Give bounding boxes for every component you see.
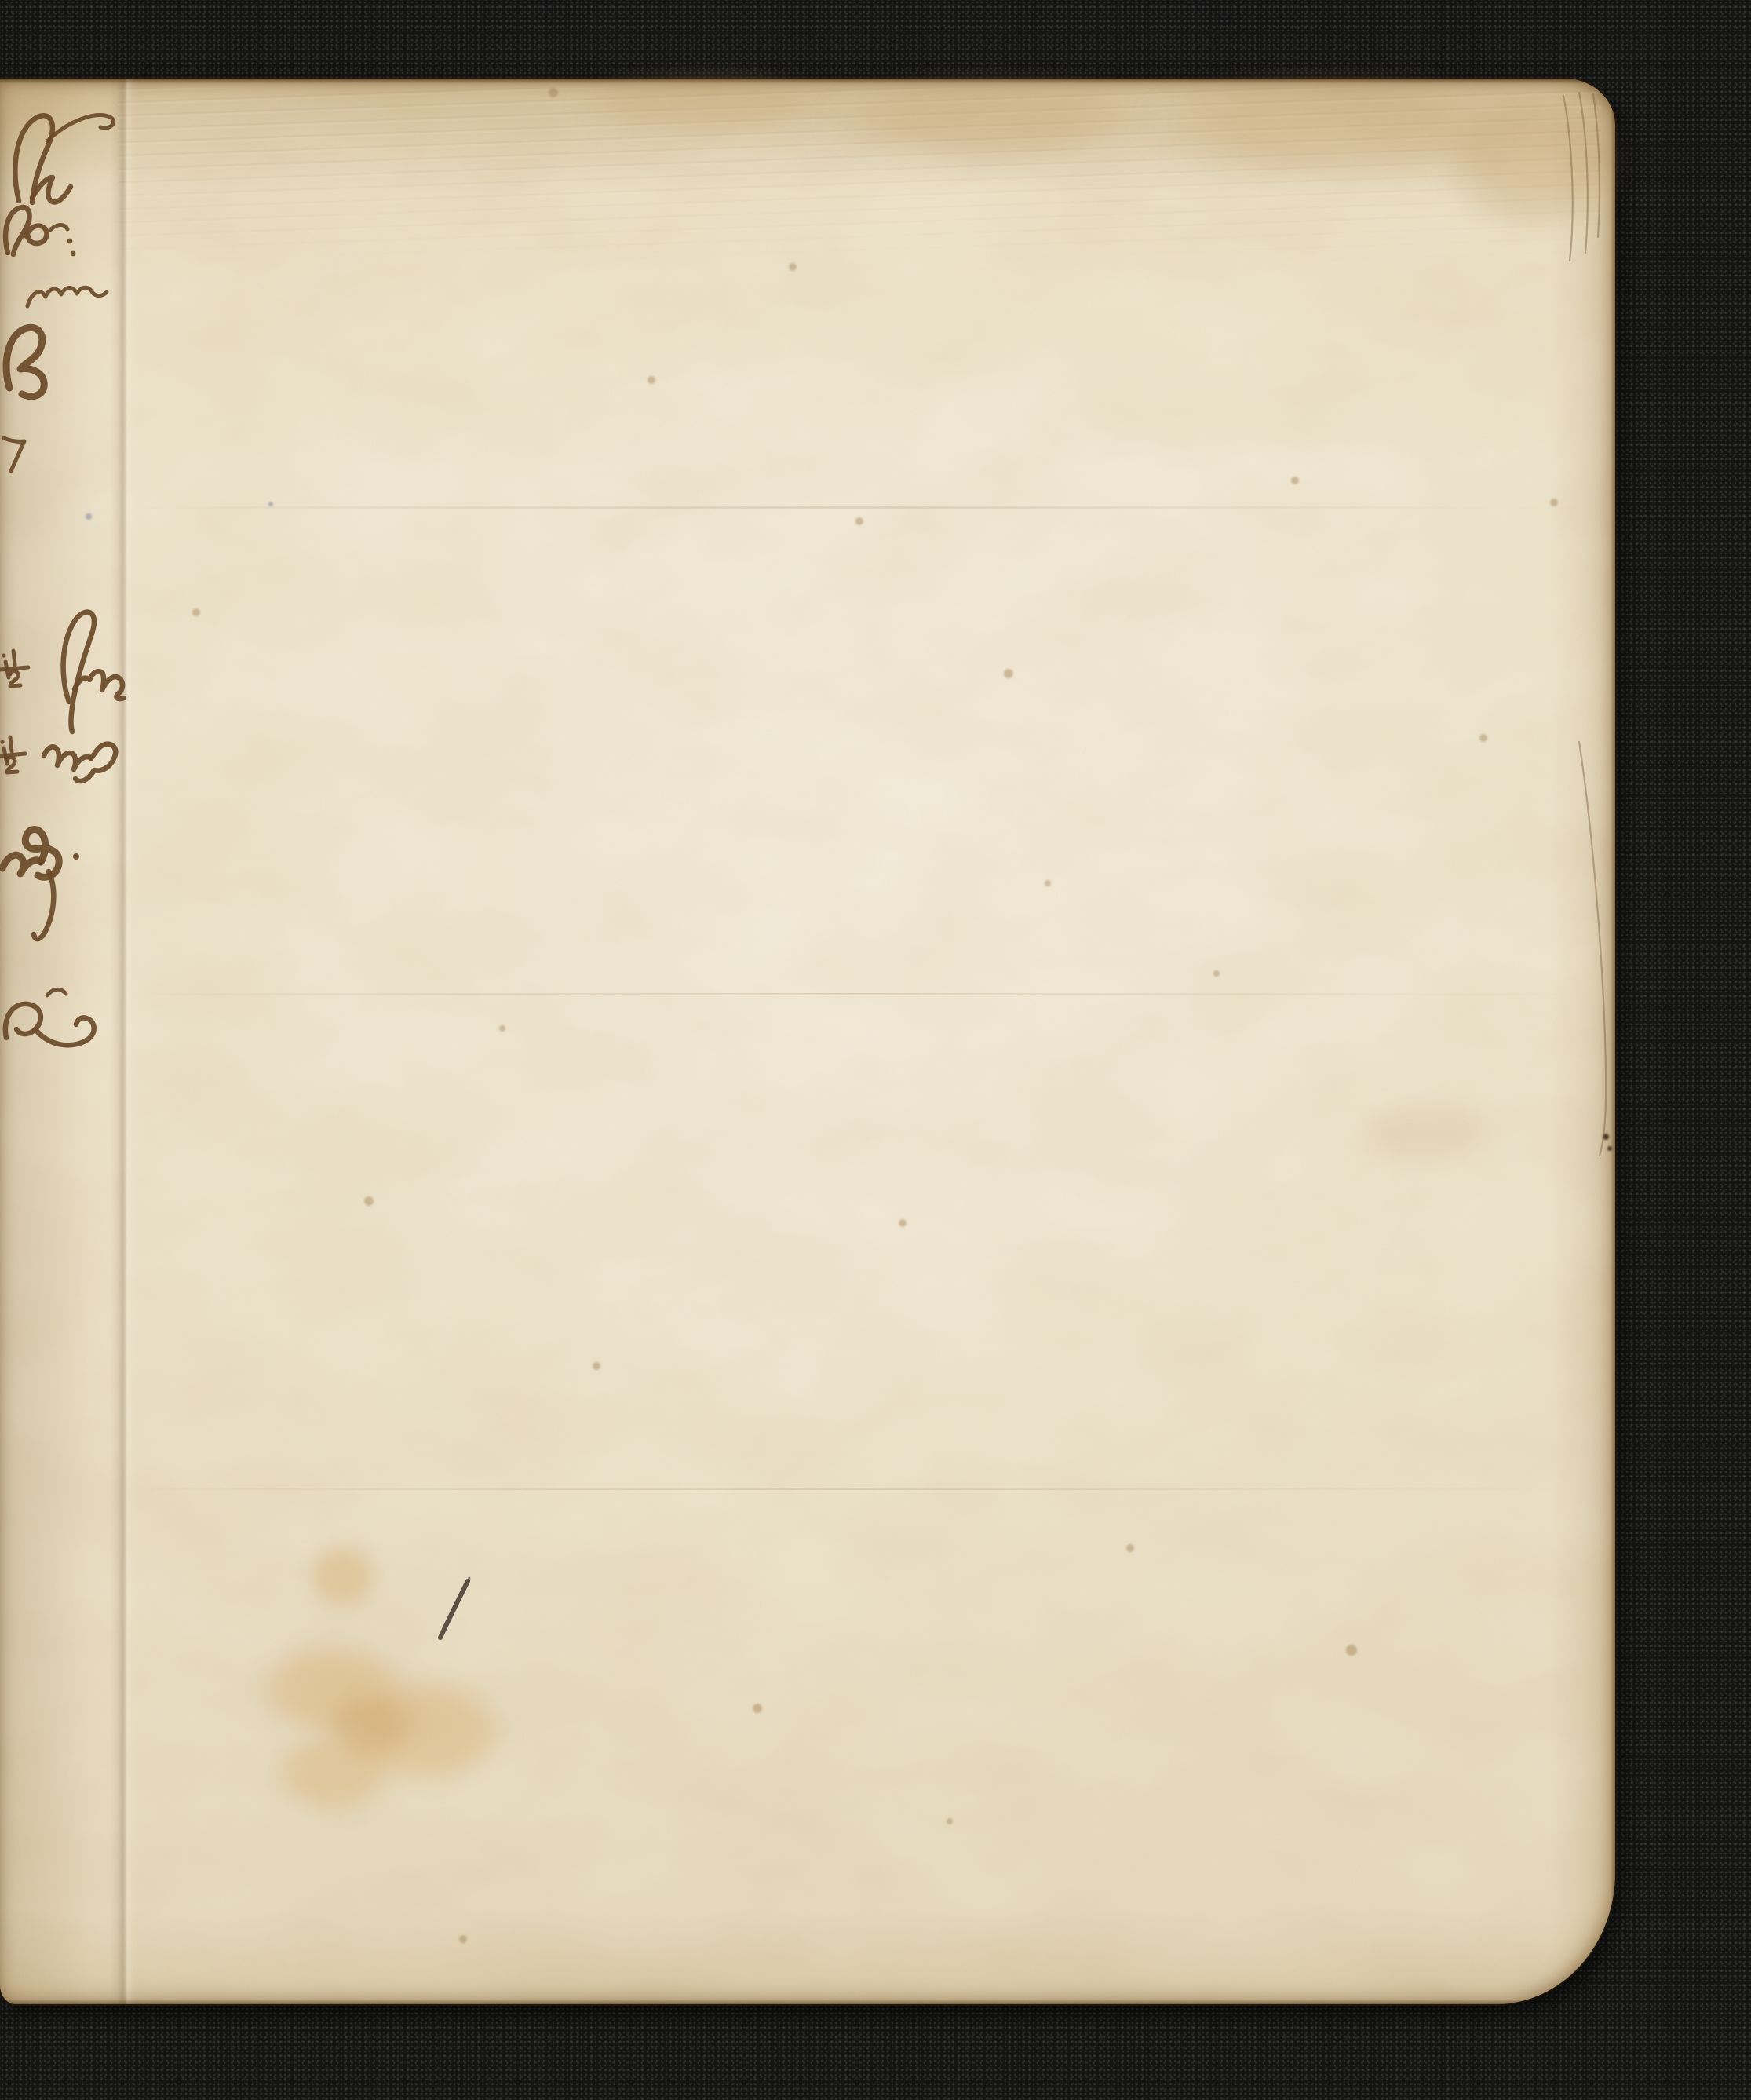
darkened-bottom-edge <box>0 2000 1615 2004</box>
top-wrinkle-band <box>118 88 1601 268</box>
paper-texture <box>0 79 1615 2004</box>
manuscript-page <box>0 79 1615 2004</box>
horizontal-crease <box>118 993 1592 995</box>
manuscript-photograph <box>0 0 1751 2100</box>
gutter-fold-crease <box>110 79 138 2004</box>
darkened-top-edge <box>0 79 1615 84</box>
horizontal-crease <box>118 1488 1592 1490</box>
gutter-shading <box>0 79 118 2004</box>
horizontal-crease <box>118 506 1592 509</box>
darkened-right-edge <box>1611 79 1615 2004</box>
